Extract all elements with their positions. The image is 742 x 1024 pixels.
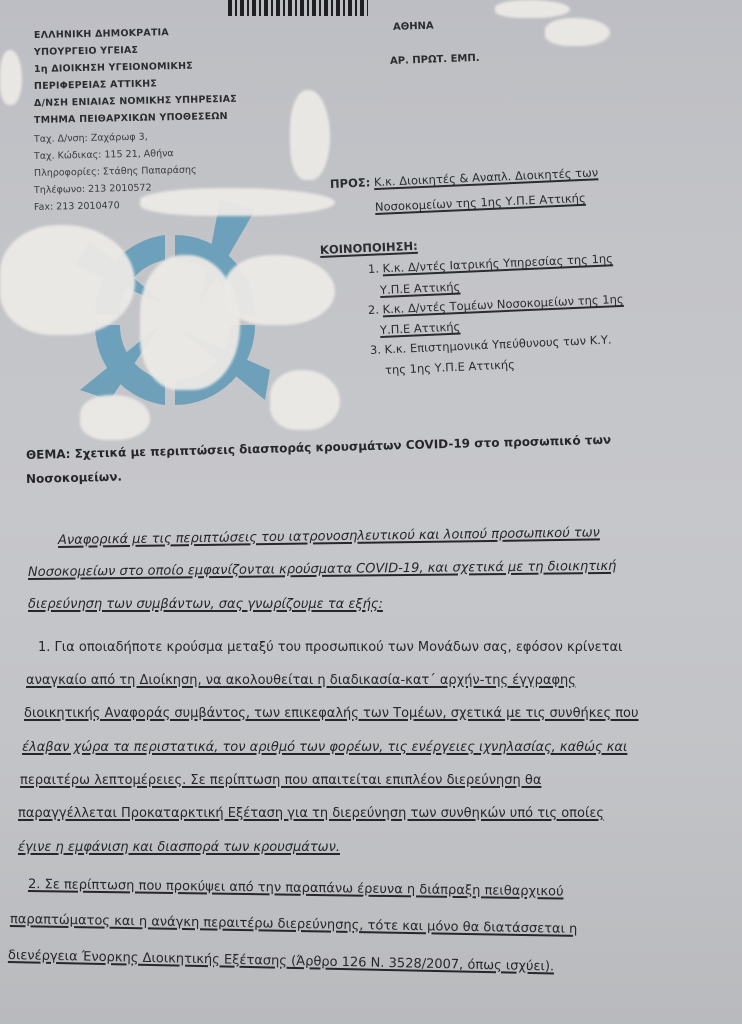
cc-item: 3. Κ.κ. Επιστημονικά Υπεύθυνους των Κ.Υ. [370, 332, 612, 357]
barcode-icon [228, 0, 368, 16]
cc-item: 1. Κ.κ. Δ/ντές Ιατρικής Υπηρεσίας της 1η… [368, 251, 613, 276]
cc-label: ΚΟΙΝΟΠΟΙΗΣΗ: [320, 239, 418, 257]
cc-item-number: 2. [368, 303, 380, 317]
correction-fluid-mark [290, 90, 330, 180]
to-line: Κ.κ. Διοικητές & Αναπλ. Διοικητές των [374, 165, 599, 189]
cc-item-cont: της 1ης Υ.Π.Ε Αττικής [385, 357, 515, 377]
contact-postcode: Ταχ. Κώδικας: 115 21, Αθήνα [34, 148, 174, 162]
header-line: ΠΕΡΙΦΕΡΕΙΑΣ ΑΤΤΙΚΗΣ [34, 78, 157, 92]
cc-item-cont: Υ.Π.Ε Αττικής [380, 320, 461, 337]
point1-line: παραγγέλλεται Προκαταρκτική Εξέταση για … [18, 806, 604, 821]
subject-line: Νοσοκομείων. [26, 469, 122, 486]
city-label: ΑΘΗΝΑ [393, 21, 434, 33]
contact-phone: Τηλέφωνο: 213 2010572 [34, 183, 152, 196]
correction-fluid-mark [270, 370, 340, 430]
point2-line: διενέργεια Ένορκης Διοικητικής Εξέτασης … [8, 948, 554, 974]
point1-line: 1. Για οποιαδήποτε κρούσμα μεταξύ του πρ… [38, 640, 622, 655]
header-line: ΕΛΛΗΝΙΚΗ ΔΗΜΟΚΡΑΤΙΑ [34, 27, 169, 41]
cc-label-text: ΚΟΙΝΟΠΟΙΗΣΗ: [320, 239, 418, 257]
correction-fluid-mark [225, 255, 335, 325]
point2-line: 2. Σε περίπτωση που προκύψει από την παρ… [28, 877, 564, 899]
to-block: ΠΡΟΣ: Κ.κ. Διοικητές & Αναπλ. Διοικητές … [330, 165, 599, 191]
cc-item-text: Κ.κ. Επιστημονικά Υπεύθυνους των Κ.Υ. [384, 332, 611, 356]
cc-item-cont: Υ.Π.Ε Αττικής [380, 280, 461, 297]
correction-fluid-mark [0, 225, 135, 335]
cc-item-text: Υ.Π.Ε Αττικής [380, 320, 461, 337]
point1-line: περαιτέρω λεπτομέρειες. Σε περίπτωση που… [20, 773, 541, 788]
intro-line: Αναφορικά με τις περιπτώσεις του ιατρονο… [58, 525, 600, 548]
point1-line: έλαβαν χώρα τα περιστατικά, τον αριθμό τ… [22, 740, 627, 755]
cc-item-text: Κ.κ. Δ/ντές Ιατρικής Υπηρεσίας της 1ης [382, 251, 613, 275]
correction-fluid-mark [0, 50, 22, 105]
cc-item-text: Υ.Π.Ε Αττικής [380, 280, 461, 297]
to-label: ΠΡΟΣ: [330, 175, 371, 191]
contact-address: Ταχ. Δ/νση: Ζαχάρωφ 3, [34, 132, 148, 145]
header-line: ΤΜΗΜΑ ΠΕΙΘΑΡΧΙΚΩΝ ΥΠΟΘΕΣΕΩΝ [34, 111, 228, 126]
intro-line: Νοσοκομείων στο οποίο εμφανίζονται κρούσ… [28, 559, 616, 580]
correction-fluid-mark [140, 255, 240, 390]
to-line-2: Νοσοκομείων της 1ης Υ.Π.Ε Αττικής [375, 191, 586, 214]
correction-fluid-mark [545, 18, 610, 46]
point1-line: αναγκαίο από τη Διοίκηση, να ακολουθείτα… [26, 673, 576, 688]
cc-item-text: της 1ης Υ.Π.Ε Αττικής [385, 357, 515, 377]
correction-fluid-mark [140, 188, 335, 216]
cc-item-number: 1. [368, 262, 380, 276]
contact-info: Πληροφορίες: Στάθης Παπαράσης [34, 165, 197, 179]
intro-line: διερεύνηση των συμβάντων, σας γνωρίζουμε… [28, 597, 383, 612]
point1-line: διοικητικής Αναφοράς συμβάντος, των επικ… [24, 706, 639, 721]
point2-line: παραπτώματος και η ανάγκη περαιτέρω διερ… [10, 912, 578, 937]
header-line: 1η ΔΙΟΙΚΗΣΗ ΥΓΕΙΟΝΟΜΙΚΗΣ [34, 61, 193, 75]
cc-item-text: Κ.κ. Δ/ντές Τομέων Νοσοκομείων της 1ης [382, 292, 624, 317]
correction-fluid-mark [80, 395, 150, 440]
to-line: Νοσοκομείων της 1ης Υ.Π.Ε Αττικής [375, 191, 586, 214]
point1-line: έγινε η εμφάνιση και διασπορά των κρουσμ… [18, 840, 340, 855]
header-line: Δ/ΝΣΗ ΕΝΙΑΙΑΣ ΝΟΜΙΚΗΣ ΥΠΗΡΕΣΙΑΣ [34, 94, 237, 109]
protocol-label: ΑΡ. ΠΡΩΤ. ΕΜΠ. [390, 53, 480, 67]
header-line: ΥΠΟΥΡΓΕΙΟ ΥΓΕΙΑΣ [34, 45, 138, 58]
correction-fluid-mark [495, 0, 570, 18]
document-page: ΕΛΛΗΝΙΚΗ ΔΗΜΟΚΡΑΤΙΑ ΥΠΟΥΡΓΕΙΟ ΥΓΕΙΑΣ 1η … [0, 0, 742, 1024]
cc-item-number: 3. [370, 343, 382, 357]
